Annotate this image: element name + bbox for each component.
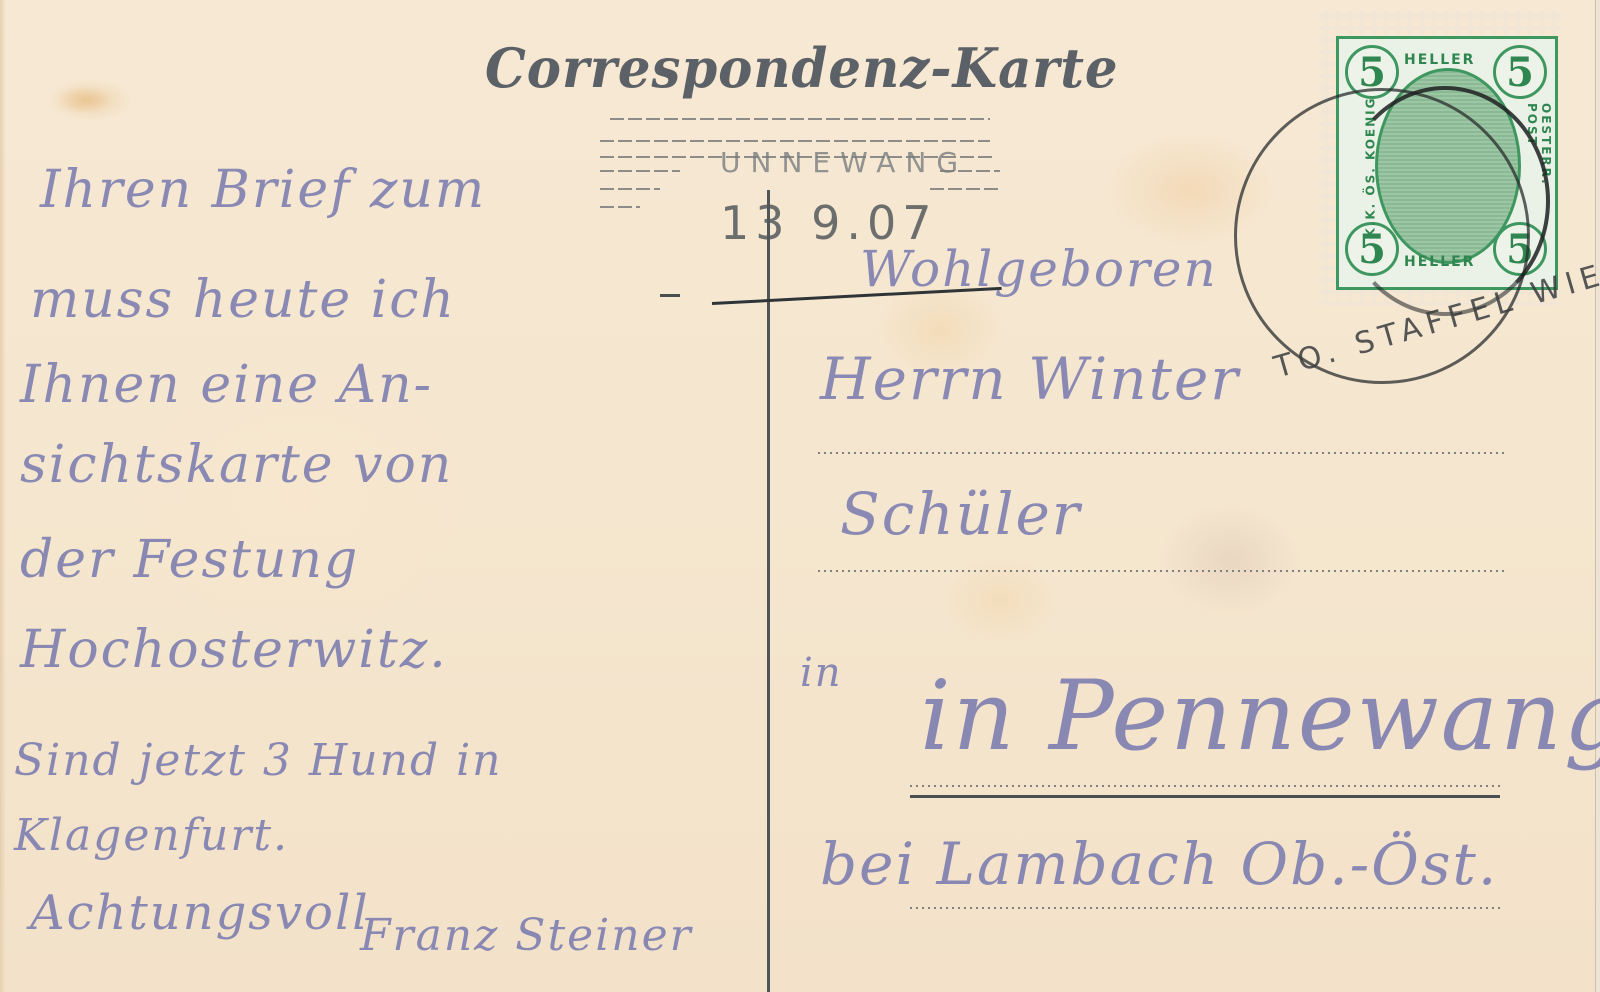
address-dotted-line-1 <box>818 452 1508 454</box>
message-line-6: Hochosterwitz. <box>20 620 448 680</box>
card-edge-right <box>1595 0 1600 992</box>
printed-title: Correspondenz-Karte <box>485 36 1118 100</box>
address-salutation: Wohlgeboren <box>860 240 1218 298</box>
message-line-4: sichtskarte von <box>20 435 453 495</box>
address-dotted-line-4 <box>910 907 1500 909</box>
machine-cancel-place: UNNEWANG <box>720 146 968 179</box>
address-occupation: Schüler <box>840 480 1082 548</box>
message-line-8: Klagenfurt. <box>14 810 289 861</box>
stamp-label-top: HELLER <box>1404 52 1475 68</box>
cancel-dash <box>660 294 680 297</box>
message-line-3: Ihnen eine An- <box>20 355 433 415</box>
message-line-2: muss heute ich <box>30 270 456 330</box>
postcard-back: Correspondenz-Karte UNNEWANG 13 9.07 5 5… <box>0 0 1600 992</box>
message-line-9: Achtungsvoll <box>30 885 370 941</box>
address-in: in <box>800 650 843 696</box>
stamp-value-top-right: 5 <box>1493 45 1547 99</box>
signature: Franz Steiner <box>360 910 693 961</box>
message-line-1: Ihren Brief zum <box>40 160 486 220</box>
address-dotted-line-3 <box>910 785 1500 787</box>
address-dotted-line-2 <box>818 570 1508 572</box>
message-line-5: der Festung <box>20 530 359 590</box>
card-edge-left <box>0 0 6 992</box>
address-recipient: Herrn Winter <box>820 345 1240 413</box>
message-line-7: Sind jetzt 3 Hund in <box>14 735 503 786</box>
address-divider-line <box>767 190 770 992</box>
address-town-underline <box>910 795 1500 798</box>
address-town: in Pennewang <box>920 660 1600 772</box>
address-region: bei Lambach Ob.-Öst. <box>820 830 1498 898</box>
